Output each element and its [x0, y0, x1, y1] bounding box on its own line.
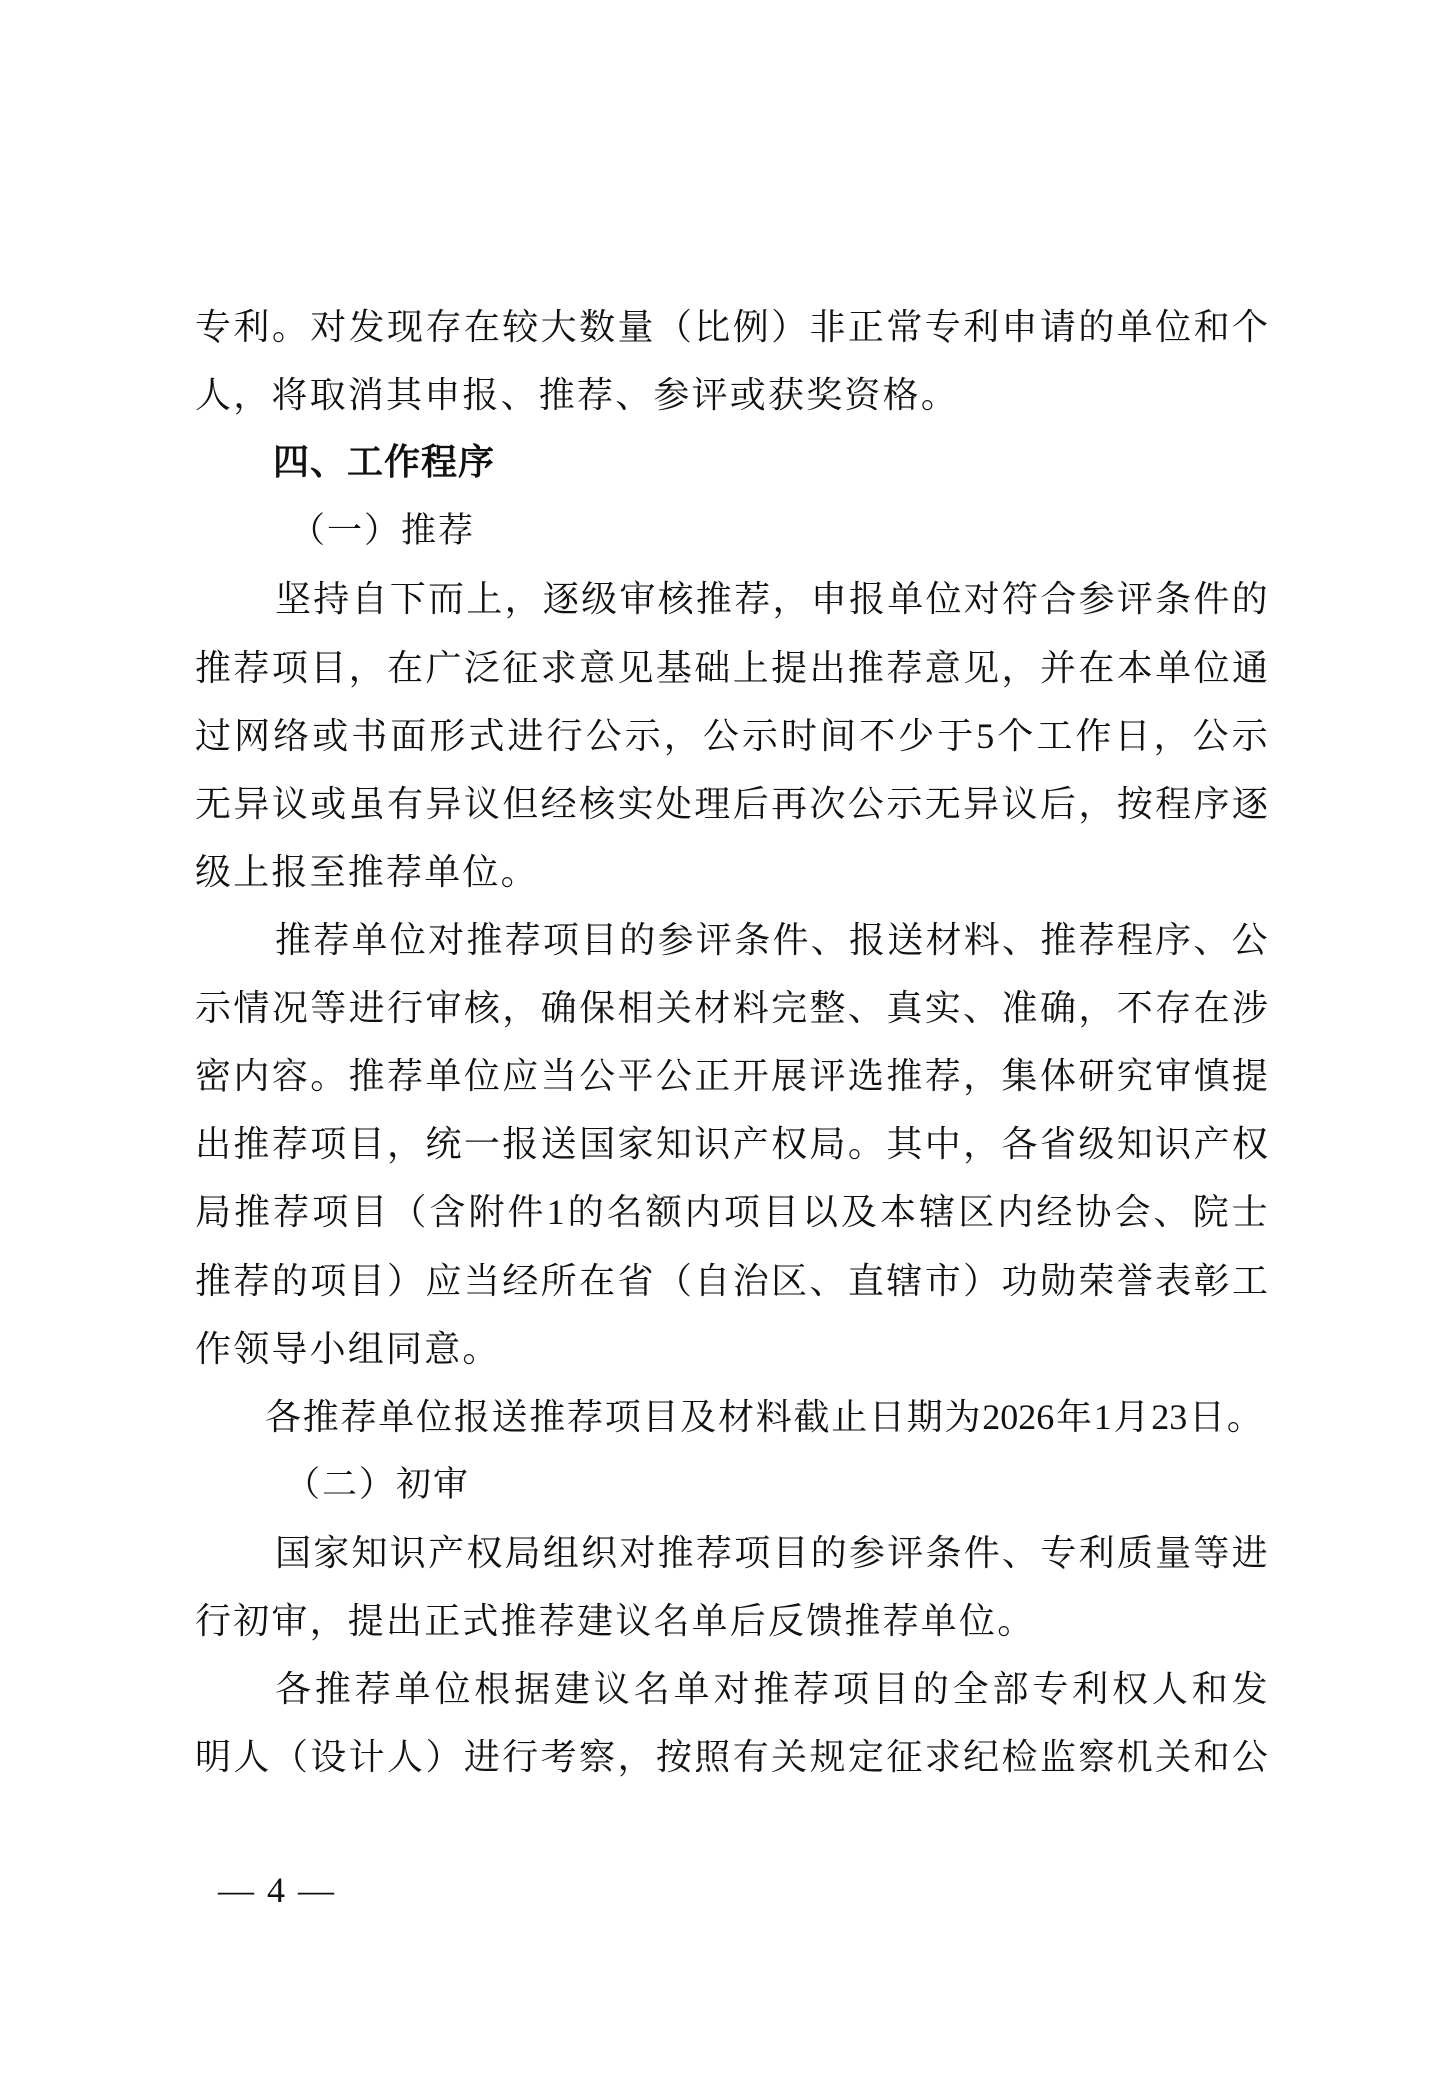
- glyph: 进: [1232, 1530, 1268, 1576]
- paragraph-line: 行初审，提出正式推荐建议名单后反馈推荐单位。: [195, 1598, 995, 1644]
- glyph: 荣: [1078, 1258, 1114, 1304]
- glyph: ）: [771, 304, 807, 350]
- glyph: 提: [771, 645, 807, 691]
- glyph: 彰: [1194, 1258, 1230, 1304]
- glyph: 项: [312, 1189, 348, 1235]
- paragraph-line: 密内容。推荐单位应当公平公正开展评选推荐，集体研究审慎提: [195, 1053, 1268, 1099]
- glyph: 按: [656, 1734, 692, 1780]
- glyph: 推: [658, 1530, 694, 1576]
- glyph: 在: [387, 645, 423, 691]
- glyph: 络: [273, 713, 309, 759]
- paragraph-line: 推荐的项目）应当经所在省（自治区、直辖市）功勋荣誉表彰工: [195, 1258, 1268, 1304]
- paragraph-line: 无异议或虽有异议但经核实处理后再次公示无异议后，按程序逐: [195, 781, 1268, 827]
- glyph: 省: [1040, 1121, 1076, 1167]
- glyph: 位: [926, 576, 962, 622]
- glyph: 按: [1117, 781, 1153, 827]
- glyph: 合: [1040, 576, 1076, 622]
- glyph: 荐: [387, 1053, 423, 1099]
- glyph: 协: [1075, 1189, 1111, 1235]
- glyph: 送: [541, 1121, 577, 1167]
- glyph: 上: [733, 645, 769, 691]
- glyph: 附: [468, 1189, 504, 1235]
- paragraph-line: 推荐单位对推荐项目的参评条件、报送材料、推荐程序、公: [275, 917, 1268, 963]
- glyph: 推: [195, 645, 231, 691]
- glyph: 建: [554, 1666, 590, 1712]
- glyph: 、: [963, 985, 999, 1031]
- glyph: 或: [312, 713, 348, 759]
- glyph: 公: [656, 1053, 692, 1099]
- glyph: 确: [1040, 985, 1076, 1031]
- glyph: 评: [1117, 576, 1153, 622]
- glyph: 日: [869, 1394, 905, 1440]
- glyph: 本: [880, 1189, 916, 1235]
- glyph: 的: [1232, 576, 1268, 622]
- glyph: 审: [425, 985, 461, 1031]
- glyph: 目: [351, 1189, 387, 1235]
- glyph: 面: [390, 713, 426, 759]
- glyph: 荐: [273, 1189, 309, 1235]
- glyph: 权: [466, 1530, 502, 1576]
- section-heading: 四、工作程序: [273, 440, 533, 486]
- glyph: 对: [310, 304, 346, 350]
- glyph: ，: [963, 1121, 999, 1167]
- glyph: 利: [1072, 1666, 1108, 1712]
- glyph: 后: [1040, 781, 1076, 827]
- glyph: 开: [733, 1053, 769, 1099]
- glyph: 目: [763, 1189, 799, 1235]
- glyph: 推: [529, 1394, 565, 1440]
- glyph: 正: [694, 1053, 730, 1099]
- glyph: 下: [390, 576, 426, 622]
- glyph: 对: [713, 1666, 749, 1712]
- glyph: 等: [1193, 1530, 1229, 1576]
- glyph: 数: [579, 304, 615, 350]
- glyph: 位: [1194, 645, 1230, 691]
- glyph: 。: [310, 1053, 346, 1099]
- glyph: 荐: [313, 917, 349, 963]
- glyph: 次: [810, 781, 846, 827]
- glyph: 公: [848, 781, 884, 827]
- glyph: 示: [886, 781, 922, 827]
- glyph: 送: [492, 1394, 528, 1440]
- glyph: 的: [272, 1258, 308, 1304]
- glyph: 为: [945, 1394, 981, 1440]
- glyph: 征: [502, 645, 538, 691]
- glyph: 单: [378, 1394, 414, 1440]
- glyph: 异: [233, 781, 269, 827]
- paragraph-line: 过网络或书面形式进行公示，公示时间不少于5个工作日，公示: [195, 713, 1268, 759]
- glyph: 逐: [1232, 781, 1268, 827]
- glyph: 评: [696, 917, 732, 963]
- glyph: 报: [849, 576, 885, 622]
- glyph: 个: [1232, 304, 1268, 350]
- glyph: 其: [886, 1121, 922, 1167]
- glyph: ）: [425, 1734, 461, 1780]
- subsection-heading-initial-review: （二）初审: [285, 1462, 485, 1508]
- glyph: 止: [831, 1394, 867, 1440]
- glyph: 公: [586, 713, 622, 759]
- glyph: 产: [733, 1121, 769, 1167]
- glyph: 公: [1193, 713, 1229, 759]
- glyph: 核: [579, 781, 615, 827]
- glyph: 据: [514, 1666, 550, 1712]
- glyph: 持: [313, 576, 349, 622]
- glyph: 人: [233, 1734, 269, 1780]
- glyph: 量: [1155, 1530, 1191, 1576]
- glyph: 期: [907, 1394, 943, 1440]
- glyph: 23: [1151, 1394, 1187, 1440]
- glyph: 识: [694, 1121, 730, 1167]
- glyph: 存: [425, 304, 461, 350]
- glyph: 考: [541, 1734, 577, 1780]
- glyph: 识: [1155, 1121, 1191, 1167]
- glyph: 会: [1114, 1189, 1150, 1235]
- glyph: 处: [656, 781, 692, 827]
- glyph: 真: [886, 985, 922, 1031]
- glyph: 权: [1112, 1666, 1148, 1712]
- glyph: 式: [468, 713, 504, 759]
- glyph: 参: [1079, 576, 1115, 622]
- glyph: 坚: [275, 576, 311, 622]
- glyph: 单: [1117, 304, 1153, 350]
- glyph: 一: [464, 1121, 500, 1167]
- glyph: 少: [898, 713, 934, 759]
- glyph: 单: [352, 917, 388, 963]
- glyph: 大: [541, 304, 577, 350]
- glyph: 目: [310, 645, 346, 691]
- glyph: 出: [195, 1121, 231, 1167]
- glyph: 荐: [1079, 917, 1115, 963]
- glyph: 荐: [734, 576, 770, 622]
- paragraph-line: 推荐项目，在广泛征求意见基础上提出推荐意见，并在本单位通: [195, 645, 1268, 691]
- glyph: 并: [1040, 645, 1076, 691]
- paragraph-line: 出推荐项目，统一报送国家知识产权局。其中，各省级知识产权: [195, 1121, 1268, 1167]
- glyph: 治: [733, 1258, 769, 1304]
- glyph: 提: [1232, 1053, 1268, 1099]
- glyph: 目: [349, 1258, 385, 1304]
- paragraph-line: 人，将取消其申报、推荐、参评或获奖资格。: [195, 372, 995, 418]
- paragraph-line: 示情况等进行审核，确保相关材料完整、真实、准确，不存在涉: [195, 985, 1268, 1031]
- glyph: 权: [1232, 1121, 1268, 1167]
- glyph: 利: [233, 304, 269, 350]
- glyph: 议: [464, 781, 500, 827]
- glyph: 额: [646, 1189, 682, 1235]
- glyph: 等: [310, 985, 346, 1031]
- glyph: 料: [733, 985, 769, 1031]
- glyph: 专: [1032, 1666, 1068, 1712]
- glyph: 示: [1232, 713, 1268, 759]
- subsection-heading-recommend: （一）推荐: [290, 508, 490, 554]
- glyph: 发: [349, 304, 385, 350]
- glyph: 项: [724, 1189, 760, 1235]
- glyph: 、: [1002, 1530, 1038, 1576]
- glyph: ，: [664, 713, 700, 759]
- glyph: 项: [310, 1258, 346, 1304]
- glyph: 网: [234, 713, 270, 759]
- glyph: 月: [1113, 1394, 1149, 1440]
- glyph: 相: [617, 985, 653, 1031]
- glyph: 区: [771, 1258, 807, 1304]
- glyph: 照: [694, 1734, 730, 1780]
- glyph: 荐: [272, 1121, 308, 1167]
- glyph: 知: [656, 1121, 692, 1167]
- glyph: ，: [1002, 645, 1038, 691]
- glyph: ，: [1154, 713, 1190, 759]
- glyph: 内: [997, 1189, 1033, 1235]
- glyph: 各: [275, 1666, 311, 1712]
- glyph: 察: [579, 1734, 615, 1780]
- glyph: 1: [547, 1189, 565, 1235]
- glyph: 应: [425, 1258, 461, 1304]
- glyph: 局: [810, 1121, 846, 1167]
- glyph: 专: [195, 304, 231, 350]
- glyph: 量: [617, 304, 653, 350]
- glyph: 知: [352, 1530, 388, 1576]
- glyph: 材: [718, 1394, 754, 1440]
- glyph: 权: [771, 1121, 807, 1167]
- glyph: （: [656, 1258, 692, 1304]
- glyph: 1: [1094, 1394, 1112, 1440]
- glyph: 逐: [543, 576, 579, 622]
- glyph: 荐: [793, 1666, 829, 1712]
- glyph: 日: [1189, 1394, 1225, 1440]
- glyph: 公: [579, 1053, 615, 1099]
- glyph: 间: [820, 713, 856, 759]
- glyph: 当: [464, 1258, 500, 1304]
- glyph: 士: [1232, 1189, 1268, 1235]
- glyph: 推: [753, 1666, 789, 1712]
- glyph: 根: [474, 1666, 510, 1712]
- glyph: 。: [272, 304, 308, 350]
- glyph: 质: [1117, 1530, 1153, 1576]
- glyph: 异: [963, 781, 999, 827]
- glyph: 的: [568, 1189, 604, 1235]
- glyph: 件: [964, 1530, 1000, 1576]
- glyph: 整: [810, 985, 846, 1031]
- glyph: 察: [1078, 1734, 1114, 1780]
- glyph: 以: [802, 1189, 838, 1235]
- paragraph-line: 明人（设计人）进行考察，按照有关规定征求纪检监察机关和公: [195, 1734, 1268, 1780]
- glyph: 日: [1114, 713, 1150, 759]
- glyph: 级: [1078, 1121, 1114, 1167]
- glyph: 市: [925, 1258, 961, 1304]
- glyph: ，: [505, 576, 541, 622]
- glyph: 容: [272, 1053, 308, 1099]
- glyph: 见: [617, 645, 653, 691]
- glyph: 行: [387, 985, 423, 1031]
- glyph: 经: [502, 1258, 538, 1304]
- glyph: 当: [541, 1053, 577, 1099]
- glyph: 非: [810, 304, 846, 350]
- glyph: 自: [694, 1258, 730, 1304]
- glyph: 慎: [1194, 1053, 1230, 1099]
- glyph: 名: [607, 1189, 643, 1235]
- glyph: 报: [454, 1394, 490, 1440]
- glyph: 报: [849, 917, 885, 963]
- glyph: （: [272, 1734, 308, 1780]
- glyph: 关: [656, 985, 692, 1031]
- glyph: 。: [1227, 1394, 1263, 1440]
- glyph: 单: [674, 1666, 710, 1712]
- glyph: 程: [1155, 781, 1191, 827]
- glyph: 荐: [925, 1053, 961, 1099]
- glyph: 存: [1155, 985, 1191, 1031]
- glyph: 有: [733, 1734, 769, 1780]
- glyph: 而: [428, 576, 464, 622]
- glyph: 在: [1078, 645, 1114, 691]
- paragraph-line: 局推荐项目（含附件1的名额内项目以及本辖区内经协会、院士: [195, 1189, 1268, 1235]
- deadline-line: 各推荐单位报送推荐项目及材料截止日期为2026年1月23日。: [265, 1394, 1263, 1440]
- glyph: 织: [581, 1530, 617, 1576]
- glyph: 情: [233, 985, 269, 1031]
- glyph: 省: [617, 1258, 653, 1304]
- glyph: 准: [1002, 985, 1038, 1031]
- glyph: 完: [771, 985, 807, 1031]
- glyph: 理: [694, 781, 730, 827]
- glyph: 件: [772, 917, 808, 963]
- glyph: 请: [1040, 304, 1076, 350]
- glyph: 项: [833, 1666, 869, 1712]
- glyph: 位: [390, 917, 426, 963]
- glyph: 单: [425, 1053, 461, 1099]
- paragraph-line: 坚持自下而上，逐级审核推荐，申报单位对符合参评条件的: [275, 576, 1268, 622]
- glyph: 公: [1232, 917, 1268, 963]
- glyph: 平: [617, 1053, 653, 1099]
- glyph: 的: [811, 1530, 847, 1576]
- glyph: 单: [1155, 645, 1191, 691]
- glyph: 辖: [919, 1189, 955, 1235]
- glyph: 的: [619, 917, 655, 963]
- glyph: 符: [1002, 576, 1038, 622]
- glyph: 年: [1056, 1394, 1092, 1440]
- paragraph-line: 国家知识产权局组织对推荐项目的参评条件、专利质量等进: [275, 1530, 1268, 1576]
- glyph: 常: [886, 304, 922, 350]
- glyph: 项: [310, 1121, 346, 1167]
- glyph: 议: [1002, 781, 1038, 827]
- glyph: 基: [656, 645, 692, 691]
- glyph: 勋: [1040, 1258, 1076, 1304]
- glyph: 各: [1002, 1121, 1038, 1167]
- glyph: 计: [349, 1734, 385, 1780]
- glyph: 位: [464, 1053, 500, 1099]
- glyph: 选: [848, 1053, 884, 1099]
- glyph: 上: [466, 576, 502, 622]
- glyph: 推: [886, 1053, 922, 1099]
- glyph: 件: [508, 1189, 544, 1235]
- glyph: 内: [685, 1189, 721, 1235]
- glyph: 过: [195, 713, 231, 759]
- glyph: 及: [680, 1394, 716, 1440]
- glyph: 荐: [567, 1394, 603, 1440]
- paragraph-line: 级上报至推荐单位。: [195, 849, 595, 895]
- glyph: 功: [1002, 1258, 1038, 1304]
- glyph: 或: [310, 781, 346, 827]
- paragraph-line: 专利。对发现存在较大数量（比例）非正常专利申请的单位和个: [195, 304, 1268, 350]
- glyph: 2026: [982, 1394, 1054, 1440]
- glyph: 辖: [886, 1258, 922, 1304]
- glyph: 、: [1002, 917, 1038, 963]
- glyph: 部: [992, 1666, 1028, 1712]
- glyph: 所: [541, 1258, 577, 1304]
- glyph: 级: [581, 576, 617, 622]
- glyph: 序: [1155, 917, 1191, 963]
- glyph: 位: [1155, 304, 1191, 350]
- glyph: 行: [502, 1734, 538, 1780]
- glyph: 项: [543, 917, 579, 963]
- glyph: 誉: [1117, 1258, 1153, 1304]
- glyph: 荐: [233, 645, 269, 691]
- glyph: 究: [1117, 1053, 1153, 1099]
- glyph: 行: [547, 713, 583, 759]
- glyph: 项: [272, 645, 308, 691]
- glyph: 应: [502, 1053, 538, 1099]
- glyph: 于: [937, 713, 973, 759]
- glyph: 议: [272, 781, 308, 827]
- glyph: 见: [963, 645, 999, 691]
- glyph: 经: [541, 781, 577, 827]
- glyph: 的: [913, 1666, 949, 1712]
- glyph: 产: [1194, 1121, 1230, 1167]
- glyph: 定: [848, 1734, 884, 1780]
- glyph: 征: [886, 1734, 922, 1780]
- glyph: 及: [841, 1189, 877, 1235]
- glyph: 申: [1002, 304, 1038, 350]
- glyph: 件: [1193, 576, 1229, 622]
- glyph: 设: [310, 1734, 346, 1780]
- glyph: 在: [464, 304, 500, 350]
- glyph: 求: [925, 1734, 961, 1780]
- glyph: 工: [1036, 713, 1072, 759]
- glyph: 区: [958, 1189, 994, 1235]
- glyph: 荐: [355, 1666, 391, 1712]
- glyph: 求: [541, 645, 577, 691]
- glyph: 程: [1117, 917, 1153, 963]
- glyph: 意: [579, 645, 615, 691]
- glyph: 直: [848, 1258, 884, 1304]
- glyph: 位: [416, 1394, 452, 1440]
- glyph: 通: [1232, 645, 1268, 691]
- glyph: 后: [733, 781, 769, 827]
- glyph: 在: [579, 1258, 615, 1304]
- glyph: 项: [605, 1394, 641, 1440]
- glyph: 研: [1078, 1053, 1114, 1099]
- glyph: 组: [543, 1530, 579, 1576]
- glyph: 意: [925, 645, 961, 691]
- glyph: 表: [1155, 1258, 1191, 1304]
- glyph: 项: [734, 1530, 770, 1576]
- glyph: 推: [349, 1053, 385, 1099]
- glyph: 内: [233, 1053, 269, 1099]
- glyph: 人: [387, 1734, 423, 1780]
- glyph: 正: [848, 304, 884, 350]
- glyph: 检: [1002, 1734, 1038, 1780]
- glyph: 较: [502, 304, 538, 350]
- glyph: 推: [1040, 917, 1076, 963]
- glyph: 况: [272, 985, 308, 1031]
- glyph: 、: [810, 1258, 846, 1304]
- glyph: ，: [772, 576, 808, 622]
- glyph: 目: [772, 1530, 808, 1576]
- glyph: 规: [810, 1734, 846, 1780]
- glyph: 、: [1154, 1189, 1190, 1235]
- glyph: 全: [953, 1666, 989, 1712]
- glyph: 发: [1232, 1666, 1268, 1712]
- glyph: ，: [502, 985, 538, 1031]
- glyph: 纪: [963, 1734, 999, 1780]
- glyph: ，: [1078, 985, 1114, 1031]
- glyph: 对: [428, 917, 464, 963]
- glyph: 中: [925, 1121, 961, 1167]
